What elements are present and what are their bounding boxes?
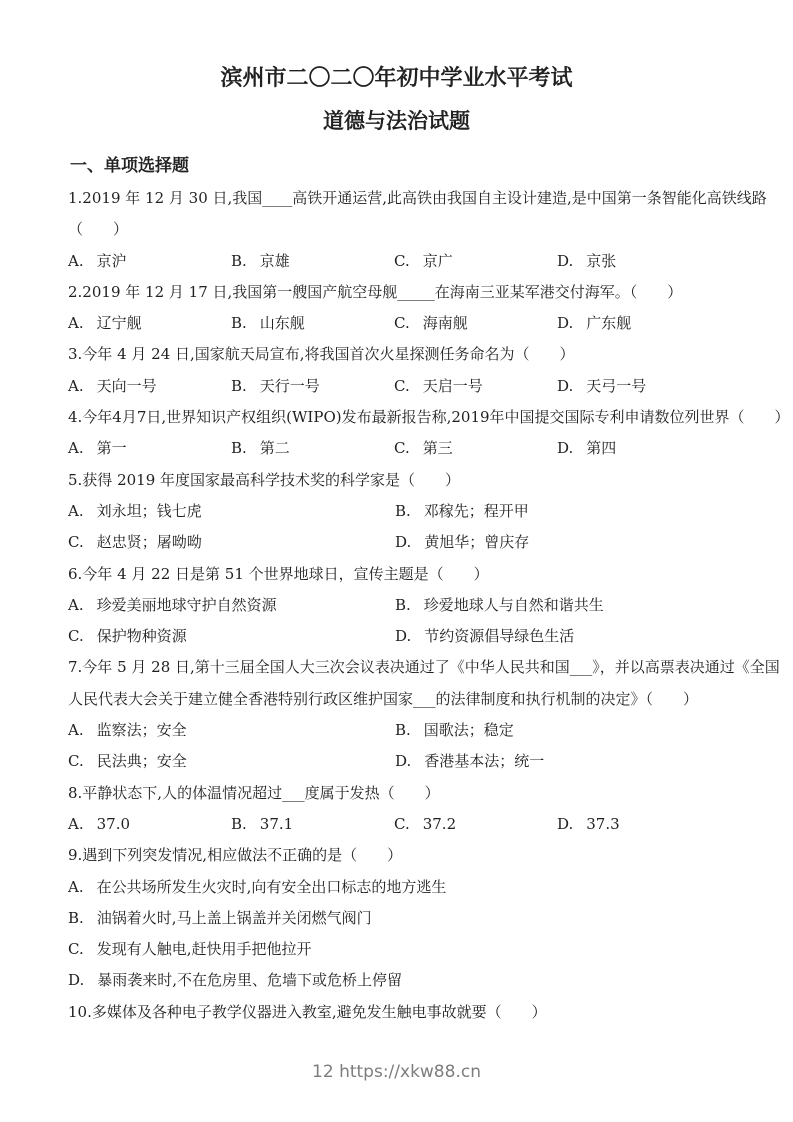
option-label: D. (395, 752, 411, 770)
option-label: B. (231, 815, 247, 833)
option-label: A. (68, 815, 84, 833)
question-7: 7.今年 5 月 28 日,第十三届全国人大三次会议表决通过了《中华人民共和国_… (68, 652, 753, 777)
option-label: B. (395, 721, 411, 739)
option-cell: C.第三 (394, 433, 557, 464)
option-cell: A.珍爱美丽地球守护自然资源 (68, 590, 395, 621)
option-cell: C.海南舰 (394, 308, 557, 339)
option-label: C. (394, 314, 410, 332)
question-stem-line: 人民代表大会关于建立健全香港特别行政区维护国家___的法律制度和执行机制的决定》… (68, 684, 753, 715)
option-label: C. (394, 377, 410, 395)
option-row: A.37.0B.37.1C.37.2D.37.3 (68, 809, 753, 840)
option-label: A. (68, 439, 84, 457)
option-text: 37.0 (97, 815, 130, 833)
option-row: C.发现有人触电,赶快用手把他拉开 (68, 934, 753, 965)
option-row: D.暴雨袭来时,不在危房里、危墙下或危桥上停留 (68, 965, 753, 996)
exam-title: 滨州市二〇二〇年初中学业水平考试 (0, 62, 793, 95)
option-cell: D.广东舰 (557, 308, 753, 339)
option-text: 天弓一号 (586, 377, 646, 395)
question-stem-line: 4.今年4月7日,世界知识产权组织(WIPO)发布最新报告称,2019年中国提交… (68, 402, 753, 433)
option-label: A. (68, 377, 84, 395)
option-cell: D.黄旭华；曾庆存 (395, 527, 753, 558)
option-label: B. (68, 909, 84, 927)
exam-subtitle: 道德与法治试题 (0, 104, 793, 137)
option-label: D. (557, 439, 573, 457)
option-cell: D.暴雨袭来时,不在危房里、危墙下或危桥上停留 (68, 965, 402, 996)
option-text: 发现有人触电,赶快用手把他拉开 (97, 940, 312, 958)
option-cell: C.37.2 (394, 809, 557, 840)
option-row: C.赵忠贤；屠呦呦D.黄旭华；曾庆存 (68, 527, 753, 558)
option-text: 辽宁舰 (97, 314, 142, 332)
option-text: 赵忠贤；屠呦呦 (97, 533, 202, 551)
option-cell: A.监察法；安全 (68, 715, 395, 746)
option-cell: B.国歌法；稳定 (395, 715, 753, 746)
option-row: C.保护物种资源D.节约资源倡导绿色生活 (68, 621, 753, 652)
question-5: 5.获得 2019 年度国家最高科学技术奖的科学家是（ ）A.刘永坦；钱七虎B.… (68, 465, 753, 559)
option-cell: D.节约资源倡导绿色生活 (395, 621, 753, 652)
option-label: C. (394, 815, 410, 833)
option-text: 民法典；安全 (97, 752, 187, 770)
option-cell: B.珍爱地球人与自然和谐共生 (395, 590, 753, 621)
option-text: 第一 (97, 439, 127, 457)
option-cell: B.第二 (231, 433, 394, 464)
question-stem-line: 6.今年 4 月 22 日是第 51 个世界地球日，宣传主题是（ ） (68, 559, 753, 590)
option-label: A. (68, 721, 84, 739)
page-footer: 12 https://xkw88.cn (0, 1062, 793, 1082)
option-cell: B.油锅着火时,马上盖上锅盖并关闭燃气阀门 (68, 903, 372, 934)
question-stem-line: 10.多媒体及各种电子教学仪器进入教室,避免发生触电事故就要（ ） (68, 997, 753, 1028)
option-text: 京广 (423, 252, 453, 270)
option-cell: C.京广 (394, 246, 557, 277)
question-stem-line: 3.今年 4 月 24 日,国家航天局宣布,将我国首次火星探测任务命名为（ ） (68, 339, 753, 370)
option-label: D. (557, 252, 573, 270)
option-text: 天向一号 (97, 377, 157, 395)
option-label: D. (395, 533, 411, 551)
option-text: 刘永坦；钱七虎 (97, 502, 202, 520)
option-label: C. (68, 627, 84, 645)
question-stem-line: 1.2019 年 12 月 30 日,我国____高铁开通运营,此高铁由我国自主… (68, 183, 753, 214)
option-text: 山东舰 (260, 314, 305, 332)
option-cell: A.天向一号 (68, 371, 231, 402)
option-text: 黄旭华；曾庆存 (424, 533, 529, 551)
option-row: A.京沪B.京雄C.京广D.京张 (68, 246, 753, 277)
option-label: D. (557, 815, 573, 833)
option-label: B. (231, 314, 247, 332)
option-text: 暴雨袭来时,不在危房里、危墙下或危桥上停留 (97, 971, 402, 989)
section-heading: 一、单项选择题 (70, 151, 793, 181)
question-8: 8.平静状态下,人的体温情况超过___度属于发热（ ）A.37.0B.37.1C… (68, 778, 753, 841)
option-label: A. (68, 596, 84, 614)
option-text: 天启一号 (423, 377, 483, 395)
option-cell: B.山东舰 (231, 308, 394, 339)
exam-document: 滨州市二〇二〇年初中学业水平考试 道德与法治试题 一、单项选择题 1.2019 … (0, 0, 793, 1122)
option-cell: D.第四 (557, 433, 753, 464)
option-text: 监察法；安全 (97, 721, 187, 739)
option-row: A.珍爱美丽地球守护自然资源B.珍爱地球人与自然和谐共生 (68, 590, 753, 621)
question-stem-line: 9.遇到下列突发情况,相应做法不正确的是（ ） (68, 840, 753, 871)
question-6: 6.今年 4 月 22 日是第 51 个世界地球日，宣传主题是（ ）A.珍爱美丽… (68, 559, 753, 653)
option-label: D. (68, 971, 84, 989)
option-text: 第三 (423, 439, 453, 457)
option-label: A. (68, 502, 84, 520)
option-cell: C.民法典；安全 (68, 746, 395, 777)
option-label: B. (231, 439, 247, 457)
option-row: C.民法典；安全D.香港基本法；统一 (68, 746, 753, 777)
option-cell: B.京雄 (231, 246, 394, 277)
option-text: 37.2 (423, 815, 456, 833)
option-row: A.天向一号B.天行一号C.天启一号D.天弓一号 (68, 371, 753, 402)
option-row: B.油锅着火时,马上盖上锅盖并关闭燃气阀门 (68, 903, 753, 934)
option-text: 第二 (260, 439, 290, 457)
option-text: 天行一号 (260, 377, 320, 395)
option-cell: D.京张 (557, 246, 753, 277)
option-text: 京张 (586, 252, 616, 270)
option-text: 珍爱地球人与自然和谐共生 (424, 596, 604, 614)
question-stem-line: 8.平静状态下,人的体温情况超过___度属于发热（ ） (68, 778, 753, 809)
option-cell: A.京沪 (68, 246, 231, 277)
option-text: 京沪 (97, 252, 127, 270)
option-text: 37.3 (586, 815, 619, 833)
option-label: A. (68, 252, 84, 270)
option-cell: C.发现有人触电,赶快用手把他拉开 (68, 934, 312, 965)
question-stem-line: 5.获得 2019 年度国家最高科学技术奖的科学家是（ ） (68, 465, 753, 496)
option-text: 香港基本法；统一 (424, 752, 544, 770)
option-row: A.监察法；安全B.国歌法；稳定 (68, 715, 753, 746)
option-cell: A.第一 (68, 433, 231, 464)
option-cell: C.保护物种资源 (68, 621, 395, 652)
question-stem-line: 7.今年 5 月 28 日,第十三届全国人大三次会议表决通过了《中华人民共和国_… (68, 652, 753, 683)
option-row: A.在公共场所发生火灾时,向有安全出口标志的地方逃生 (68, 872, 753, 903)
option-cell: A.37.0 (68, 809, 231, 840)
option-cell: B.天行一号 (231, 371, 394, 402)
option-label: D. (395, 627, 411, 645)
option-text: 节约资源倡导绿色生活 (424, 627, 574, 645)
option-text: 国歌法；稳定 (424, 721, 514, 739)
option-label: D. (557, 314, 573, 332)
question-4: 4.今年4月7日,世界知识产权组织(WIPO)发布最新报告称,2019年中国提交… (68, 402, 753, 465)
option-cell: A.刘永坦；钱七虎 (68, 496, 395, 527)
option-label: C. (394, 252, 410, 270)
option-row: A.第一B.第二C.第三D.第四 (68, 433, 753, 464)
option-cell: B.邓稼先；程开甲 (395, 496, 753, 527)
question-2: 2.2019 年 12 月 17 日,我国第一艘国产航空母舰_____在海南三亚… (68, 277, 753, 340)
question-3: 3.今年 4 月 24 日,国家航天局宣布,将我国首次火星探测任务命名为（ ）A… (68, 339, 753, 402)
option-label: B. (395, 502, 411, 520)
option-row: A.辽宁舰B.山东舰C.海南舰D.广东舰 (68, 308, 753, 339)
option-text: 37.1 (260, 815, 293, 833)
option-text: 京雄 (260, 252, 290, 270)
option-text: 邓稼先；程开甲 (424, 502, 529, 520)
option-label: D. (557, 377, 573, 395)
question-stem-line: （ ） (68, 214, 753, 245)
option-cell: D.天弓一号 (557, 371, 753, 402)
option-text: 油锅着火时,马上盖上锅盖并关闭燃气阀门 (97, 909, 372, 927)
option-cell: A.在公共场所发生火灾时,向有安全出口标志的地方逃生 (68, 872, 446, 903)
questions-list: 1.2019 年 12 月 30 日,我国____高铁开通运营,此高铁由我国自主… (68, 183, 753, 1028)
option-label: C. (68, 752, 84, 770)
option-label: C. (394, 439, 410, 457)
option-label: A. (68, 314, 84, 332)
option-text: 保护物种资源 (97, 627, 187, 645)
option-text: 在公共场所发生火灾时,向有安全出口标志的地方逃生 (97, 878, 447, 896)
option-cell: D.香港基本法；统一 (395, 746, 753, 777)
option-cell: A.辽宁舰 (68, 308, 231, 339)
option-text: 珍爱美丽地球守护自然资源 (97, 596, 277, 614)
question-1: 1.2019 年 12 月 30 日,我国____高铁开通运营,此高铁由我国自主… (68, 183, 753, 277)
option-cell: D.37.3 (557, 809, 753, 840)
option-label: B. (231, 377, 247, 395)
option-row: A.刘永坦；钱七虎B.邓稼先；程开甲 (68, 496, 753, 527)
question-stem-line: 2.2019 年 12 月 17 日,我国第一艘国产航空母舰_____在海南三亚… (68, 277, 753, 308)
option-text: 海南舰 (423, 314, 468, 332)
option-cell: C.赵忠贤；屠呦呦 (68, 527, 395, 558)
option-text: 广东舰 (586, 314, 631, 332)
option-label: C. (68, 533, 84, 551)
option-label: B. (231, 252, 247, 270)
option-label: A. (68, 878, 84, 896)
option-label: B. (395, 596, 411, 614)
question-10: 10.多媒体及各种电子教学仪器进入教室,避免发生触电事故就要（ ） (68, 997, 753, 1028)
option-label: C. (68, 940, 84, 958)
option-cell: C.天启一号 (394, 371, 557, 402)
option-text: 第四 (586, 439, 616, 457)
question-9: 9.遇到下列突发情况,相应做法不正确的是（ ）A.在公共场所发生火灾时,向有安全… (68, 840, 753, 996)
option-cell: B.37.1 (231, 809, 394, 840)
